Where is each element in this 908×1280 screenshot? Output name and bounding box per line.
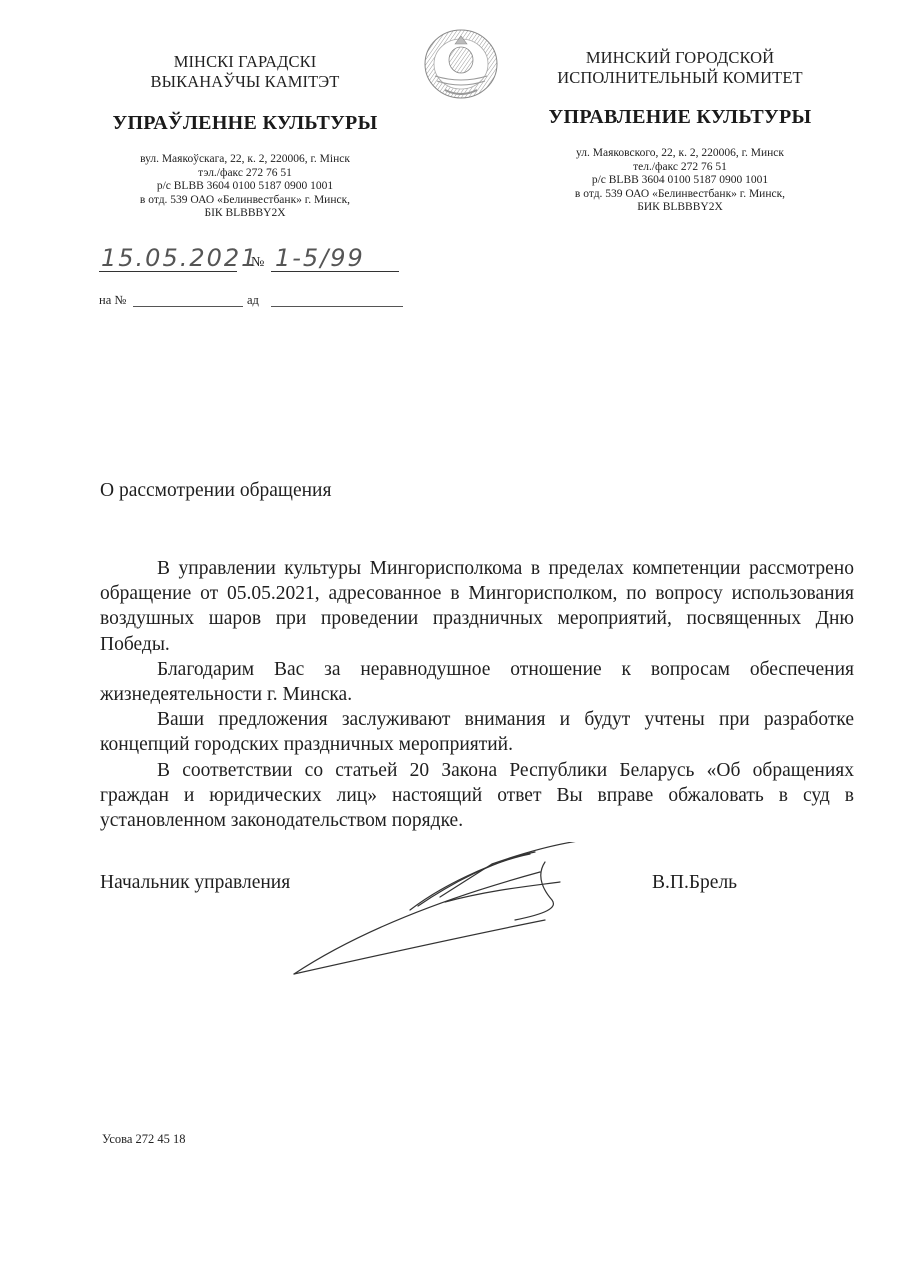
letter-subject: О рассмотрении обращения xyxy=(100,480,331,502)
org-name-line2: ВЫКАНАЎЧЫ КАМІТЭТ xyxy=(95,72,395,92)
number-label: № xyxy=(251,255,264,271)
executor-contact: Усова 272 45 18 xyxy=(102,1132,186,1147)
bank-name: в отд. 539 ОАО «Белинвестбанк» г. Минск, xyxy=(530,188,830,202)
bic: БИК BLBBBY2X xyxy=(530,201,830,215)
body-paragraph: В управлении культуры Мингорисполкома в … xyxy=(100,556,854,657)
org-name-line2: ИСПОЛНИТЕЛЬНЫЙ КОМИТЕТ xyxy=(530,68,830,88)
body-paragraph: Ваши предложения заслуживают внимания и … xyxy=(100,707,854,757)
requisites: вул. Маякоўскага, 22, к. 2, 220006, г. М… xyxy=(95,153,395,221)
department-name: УПРАЎЛЕННЕ КУЛЬТУРЫ xyxy=(95,112,395,135)
header-right-russian: МИНСКИЙ ГОРОДСКОЙ ИСПОЛНИТЕЛЬНЫЙ КОМИТЕТ… xyxy=(530,48,830,215)
from-field xyxy=(271,293,403,307)
body-paragraph: Благодарим Вас за неравнодушное отношени… xyxy=(100,657,854,707)
from-label: ад xyxy=(247,293,259,308)
reply-to-row: на № ад xyxy=(99,293,126,308)
bic: БІК BLBBBY2X xyxy=(95,207,395,221)
number-underline xyxy=(271,271,399,272)
header-left-belarusian: МІНСКІ ГАРАДСКІ ВЫКАНАЎЧЫ КАМІТЭТ УПРАЎЛ… xyxy=(95,52,395,221)
document-date: 15.05.2021 xyxy=(101,244,258,272)
registration-row: 15.05.2021 № 1-5/99 xyxy=(99,240,409,280)
signatory-name: В.П.Брель xyxy=(652,872,737,894)
body-paragraph: В соответствии со статьей 20 Закона Респ… xyxy=(100,758,854,834)
reply-to-label: на № xyxy=(99,293,126,307)
letter-body: В управлении культуры Мингорисполкома в … xyxy=(100,556,854,833)
state-emblem-icon xyxy=(421,24,501,104)
phone: тел./факс 272 76 51 xyxy=(530,161,830,175)
phone: тэл./факс 272 76 51 xyxy=(95,167,395,181)
requisites: ул. Маяковского, 22, к. 2, 220006, г. Ми… xyxy=(530,147,830,215)
handwritten-signature-icon xyxy=(290,842,590,982)
department-name: УПРАВЛЕНИЕ КУЛЬТУРЫ xyxy=(530,106,830,129)
address: вул. Маякоўскага, 22, к. 2, 220006, г. М… xyxy=(95,153,395,167)
bank-name: в отд. 539 ОАО «Белинвестбанк» г. Минск, xyxy=(95,194,395,208)
org-name-line1: МІНСКІ ГАРАДСКІ xyxy=(95,52,395,72)
bank-account: р/с BLBB 3604 0100 5187 0900 1001 xyxy=(95,180,395,194)
address: ул. Маяковского, 22, к. 2, 220006, г. Ми… xyxy=(530,147,830,161)
bank-account: р/с BLBB 3604 0100 5187 0900 1001 xyxy=(530,174,830,188)
date-underline xyxy=(99,271,237,272)
org-name-line1: МИНСКИЙ ГОРОДСКОЙ xyxy=(530,48,830,68)
reply-to-field xyxy=(133,293,243,307)
signatory-position: Начальник управления xyxy=(100,872,290,894)
document-number: 1-5/99 xyxy=(275,244,365,272)
